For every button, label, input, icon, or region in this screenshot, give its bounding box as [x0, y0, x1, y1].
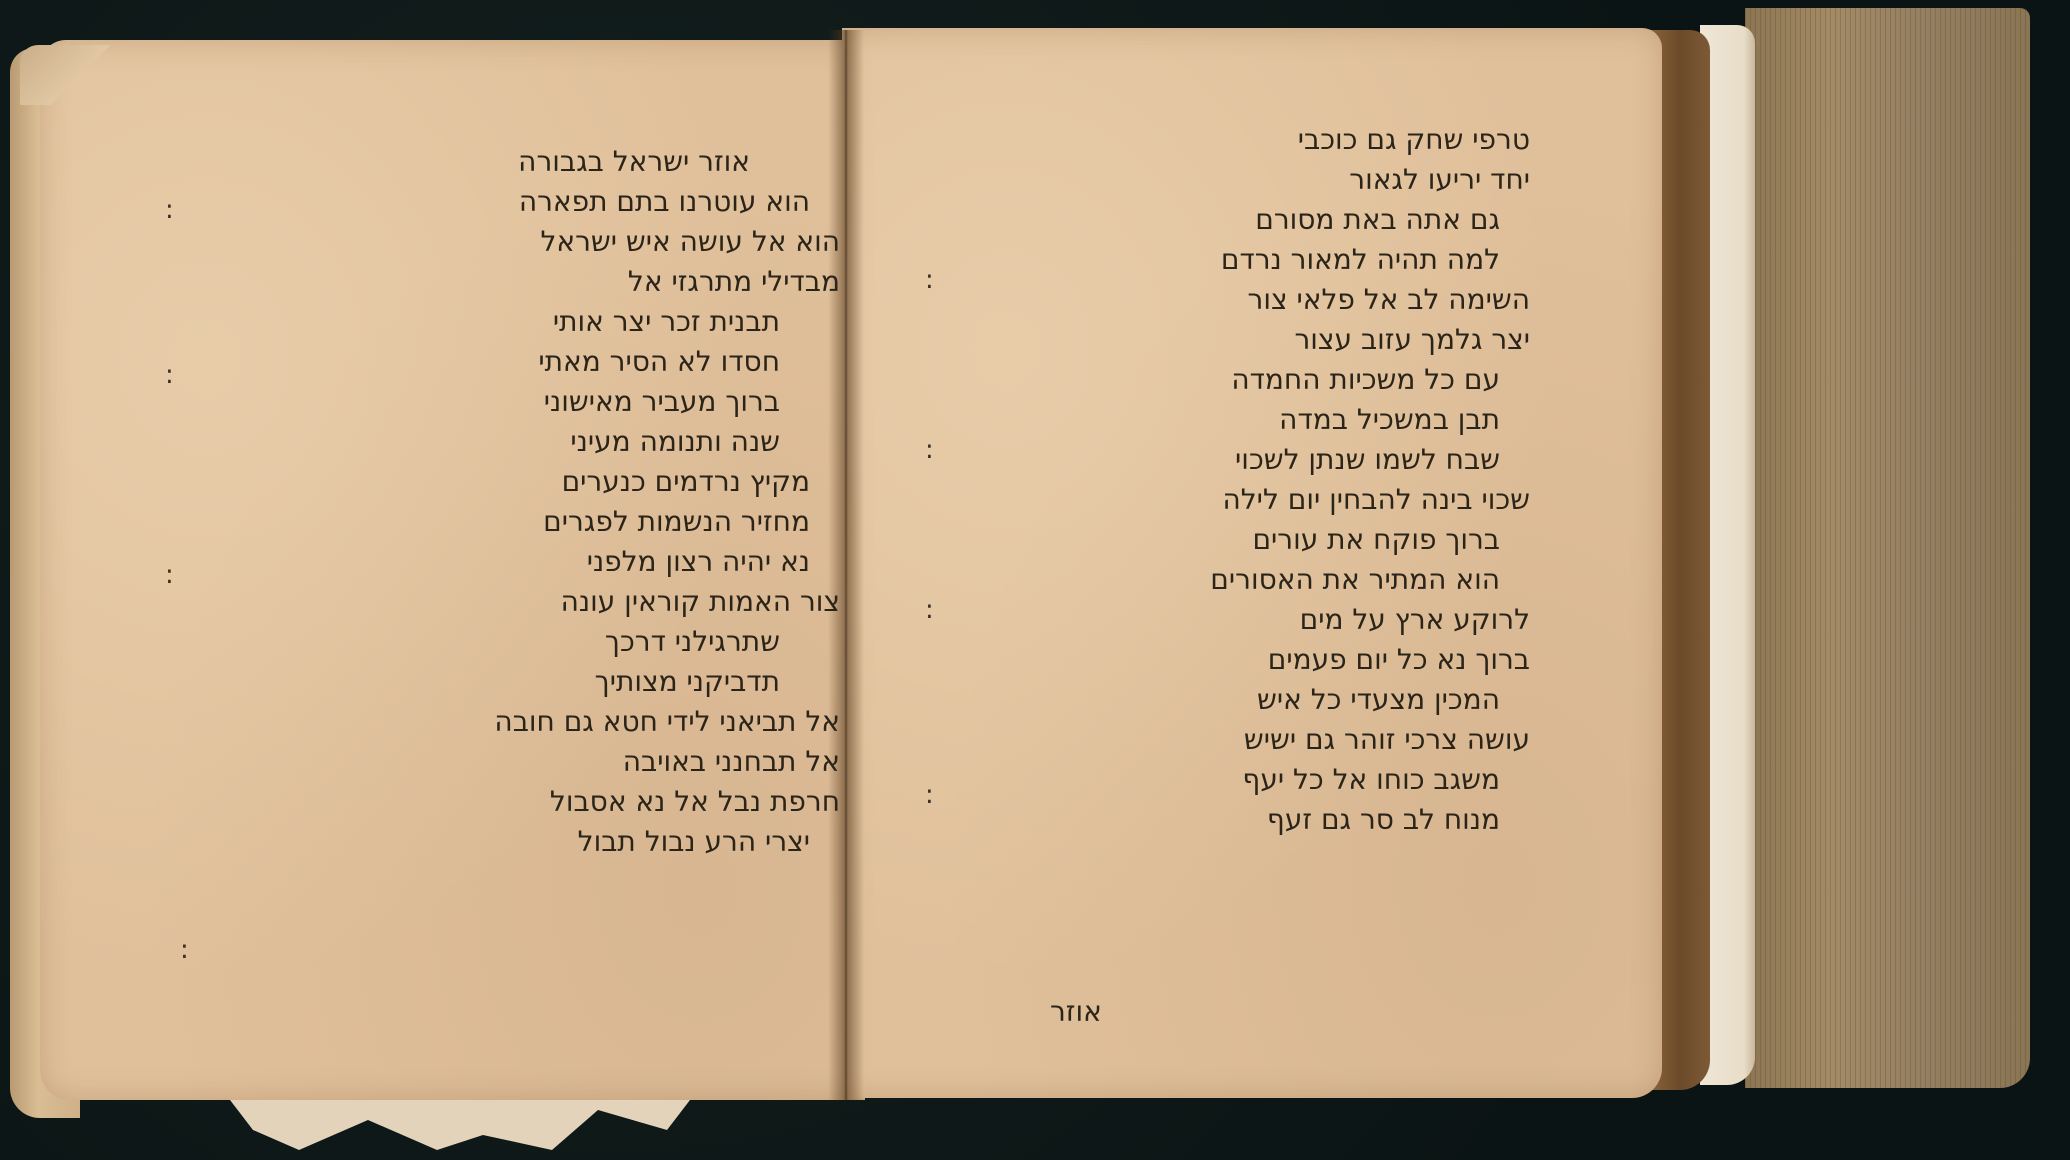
text-line: שבח לשמו שנתן לשכוי — [990, 440, 1530, 480]
text-line: למה תהיה למאור נרדם — [990, 240, 1530, 280]
text-line: ברוך נא כל יום פעמים — [990, 640, 1530, 680]
text-line: ברוך מעביר מאישוני — [200, 382, 840, 422]
stanza-mark: : — [180, 935, 189, 965]
text-line: שנה ותנומה מעיני — [200, 422, 840, 462]
page-block-fore-edge — [1745, 8, 2030, 1088]
text-line: מקיץ נרדמים כנערים — [200, 462, 840, 502]
text-line: יחד יריעו לגאור — [990, 160, 1530, 200]
open-book: אוזר ישראל בגבורה הוא עוטרנו בתם תפארה ה… — [0, 0, 2070, 1160]
stanza-mark: : — [925, 595, 934, 625]
stanza-mark: : — [165, 560, 174, 590]
stanza-mark: : — [165, 360, 174, 390]
text-line: טרפי שחק גם כוכבי — [990, 120, 1530, 160]
text-line: השימה לב אל פלאי צור — [990, 280, 1530, 320]
left-page-text: אוזר ישראל בגבורה הוא עוטרנו בתם תפארה ה… — [200, 142, 840, 862]
stanza-mark: : — [925, 435, 934, 465]
text-line: תבנית זכר יצר אותי — [200, 302, 840, 342]
text-line: מנוח לב סר גם זעף — [990, 800, 1530, 840]
text-line: אל תביאני לידי חטא גם חובה — [200, 702, 840, 742]
text-line: לרוקע ארץ על מים — [990, 600, 1530, 640]
text-line: עם כל משכיות החמדה — [990, 360, 1530, 400]
stanza-mark: : — [925, 265, 934, 295]
stanza-mark: : — [925, 780, 934, 810]
text-line: שתרגילני דרכך — [200, 622, 840, 662]
catchword: אוזר — [1050, 995, 1102, 1028]
stanza-mark: : — [165, 195, 174, 225]
right-page-text: טרפי שחק גם כוכבי יחד יריעו לגאור גם אתה… — [990, 120, 1530, 840]
text-line: מחזיר הנשמות לפגרים — [200, 502, 840, 542]
text-line: מבדילי מתרגזי אל — [200, 262, 840, 302]
text-line: הוא המתיר את האסורים — [990, 560, 1530, 600]
text-line: שכוי בינה להבחין יום לילה — [990, 480, 1530, 520]
text-line: הוא עוטרנו בתם תפארה — [200, 182, 840, 222]
text-line: יצר גלמך עזוב עצור — [990, 320, 1530, 360]
text-line: יצרי הרע נבול תבול — [200, 822, 840, 862]
text-line: אוזר ישראל בגבורה — [200, 142, 840, 182]
text-line: אל תבחנני באויבה — [200, 742, 840, 782]
text-line: משגב כוחו אל כל יעף — [990, 760, 1530, 800]
text-line: חסדו לא הסיר מאתי — [200, 342, 840, 382]
text-line: ברוך פוקח את עורים — [990, 520, 1530, 560]
text-line: צור האמות קוראין עונה — [200, 582, 840, 622]
folded-corner — [20, 45, 110, 105]
text-line: תדביקני מצותיך — [200, 662, 840, 702]
text-line: עושה צרכי זוהר גם ישיש — [990, 720, 1530, 760]
text-line: חרפת נבל אל נא אסבול — [200, 782, 840, 822]
text-line: המכין מצעדי כל איש — [990, 680, 1530, 720]
text-line: הוא אל עושה איש ישראל — [200, 222, 840, 262]
torn-bottom-edge — [230, 1100, 690, 1150]
text-line: תבן במשכיל במדה — [990, 400, 1530, 440]
text-line: גם אתה באת מסורם — [990, 200, 1530, 240]
text-line: נא יהיה רצון מלפני — [200, 542, 840, 582]
